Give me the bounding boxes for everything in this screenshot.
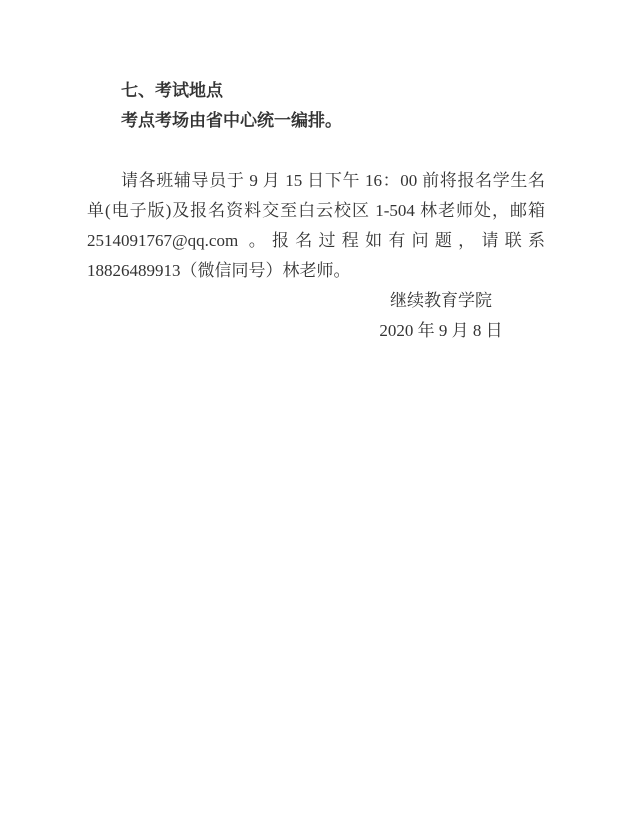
paragraph-line-4: 18826489913（微信同号）林老师。 (87, 256, 545, 286)
section-heading: 七、考试地点 (87, 76, 545, 106)
section-body: 考点考场由省中心统一编排。 (87, 106, 545, 136)
blank-line (87, 136, 545, 166)
signature-date: 2020 年 9 月 8 日 (331, 316, 551, 346)
signature-name: 继续教育学院 (331, 286, 551, 316)
signature-block: 继续教育学院 2020 年 9 月 8 日 (331, 286, 551, 346)
paragraph-line-3: 2514091767@qq.com 。报名过程如有问题，请联系 (87, 226, 545, 256)
document-page: 七、考试地点 考点考场由省中心统一编排。 请各班辅导员于 9 月 15 日下午 … (0, 0, 630, 832)
paragraph-line-2: 单(电子版)及报名资料交至白云校区 1-504 林老师处，邮箱 (87, 196, 545, 226)
document-content: 七、考试地点 考点考场由省中心统一编排。 请各班辅导员于 9 月 15 日下午 … (87, 76, 545, 346)
paragraph-line-1: 请各班辅导员于 9 月 15 日下午 16：00 前将报名学生名 (87, 166, 545, 196)
